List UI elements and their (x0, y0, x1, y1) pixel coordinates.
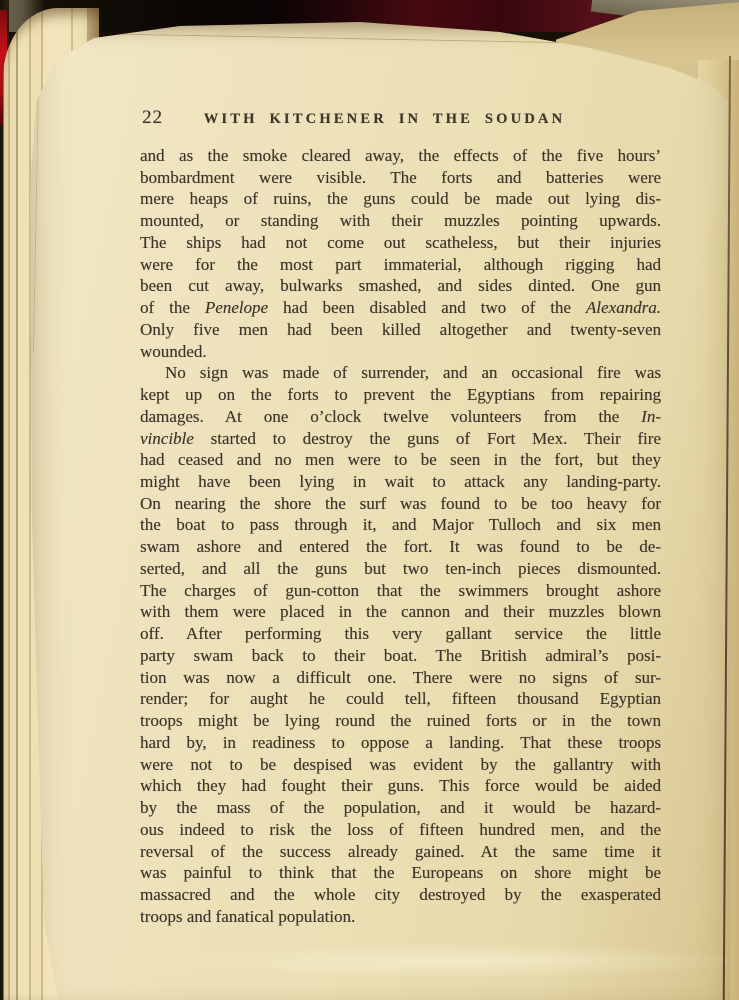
text-line: the boat to pass through it, and Major T… (140, 514, 661, 536)
page-text: and as the smoke cleared away, the effec… (140, 145, 661, 927)
text-line: hard by, in readiness to oppose a landin… (140, 732, 661, 754)
text-line: off. After performing this very gallant … (140, 623, 661, 645)
page-header: 22 WITH KITCHENER IN THE SOUDAN (140, 106, 661, 130)
text-line: No sign was made of surrender, and an oc… (140, 362, 661, 384)
text-line: and as the smoke cleared away, the effec… (140, 145, 661, 167)
text-line: ous indeed to risk the loss of fifteen h… (140, 819, 661, 841)
text-line: might have been lying in wait to attack … (140, 471, 661, 493)
text-line: render; for aught he could tell, fifteen… (140, 688, 661, 710)
text-line: The ships had not come out scatheless, b… (140, 232, 661, 254)
text-line: damages. At one o’clock twelve volunteer… (140, 406, 661, 428)
text-line: On nearing the shore the surf was found … (140, 493, 661, 515)
text-line: reversal of the success already gained. … (140, 841, 661, 863)
text-line: serted, and all the guns but two ten-inc… (140, 558, 661, 580)
running-title: WITH KITCHENER IN THE SOUDAN (140, 106, 661, 128)
text-line: swam ashore and entered the fort. It was… (140, 536, 661, 558)
text-line: bombardment were visible. The forts and … (140, 167, 661, 189)
text-line: party swam back to their boat. The Briti… (140, 645, 661, 667)
text-line: vincible started to destroy the guns of … (140, 428, 661, 450)
text-line: been cut away, bulwarks smashed, and sid… (140, 275, 661, 297)
text-line: troops might be lying round the ruined f… (140, 710, 661, 732)
text-line: had ceased and no men were to be seen in… (140, 449, 661, 471)
text-line: wounded. (140, 341, 661, 363)
text-line: were not to be despised was evident by t… (140, 754, 661, 776)
paper-sheen (190, 944, 739, 978)
text-line: massacred and the whole city destroyed b… (140, 884, 661, 906)
text-line: troops and fanatical population. (140, 906, 661, 928)
text-line: were for the most part immaterial, altho… (140, 254, 661, 276)
text-line: with them were placed in the cannon and … (140, 601, 661, 623)
text-line: mere heaps of ruins, the guns could be m… (140, 188, 661, 210)
text-line: The charges of gun-cotton that the swimm… (140, 580, 661, 602)
text-line: of the Penelope had been disabled and tw… (140, 297, 661, 319)
text-line: by the mass of the population, and it wo… (140, 797, 661, 819)
text-line: kept up on the forts to prevent the Egyp… (140, 384, 661, 406)
text-line: which they had fought their guns. This f… (140, 775, 661, 797)
text-line: Only five men had been killed altogether… (140, 319, 661, 341)
text-line: mounted, or standing with their muzzles … (140, 210, 661, 232)
text-line: tion was now a difficult one. There were… (140, 667, 661, 689)
book-photo: 22 WITH KITCHENER IN THE SOUDAN and as t… (0, 0, 739, 1000)
text-line: was painful to think that the Europeans … (140, 862, 661, 884)
page-number: 22 (142, 107, 163, 129)
